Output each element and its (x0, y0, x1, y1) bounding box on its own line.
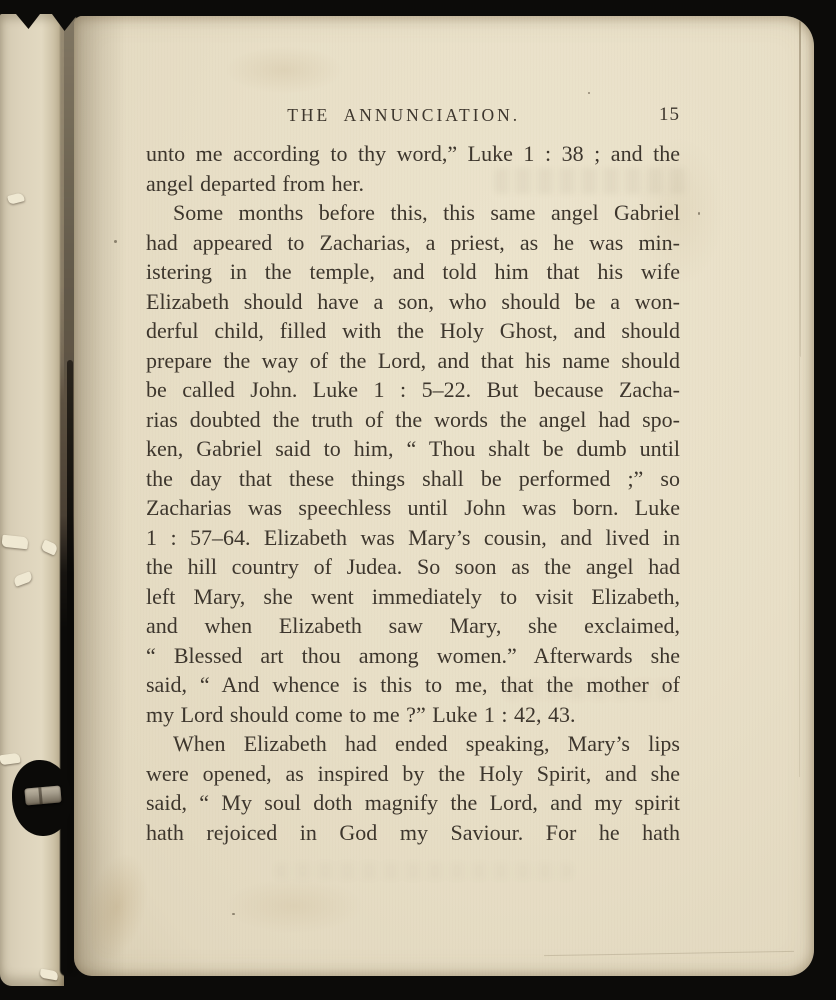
text-line: said, “ My soul doth magnify the Lord, a… (146, 788, 680, 818)
text-line: Elizabeth should have a son, who should … (146, 287, 680, 317)
text-line: “ Blessed art thou among women.” Afterwa… (146, 641, 680, 671)
text-line: the hill country of Judea. So soon as th… (146, 552, 680, 582)
paper-stain (224, 878, 364, 934)
text-line: rias doubted the truth of the words the … (146, 405, 680, 435)
text-line: Zacharias was speechless until John was … (146, 493, 680, 523)
text-line: had appeared to Zacharias, a priest, as … (146, 228, 680, 258)
text-line: 1 : 57–64. Elizabeth was Mary’s cousin, … (146, 523, 680, 553)
paper-tear (7, 192, 25, 205)
running-header: THE ANNUNCIATION. 15 (146, 105, 680, 127)
paper-tear (13, 571, 33, 587)
previous-page-stub (0, 14, 64, 986)
chapter-title: THE ANNUNCIATION. (287, 105, 520, 126)
text-line: When Elizabeth had ended speaking, Mary’… (146, 729, 680, 759)
gutter-shading (74, 16, 126, 976)
page-edge-crease (799, 357, 800, 777)
paper-speck (232, 913, 235, 915)
paper-tear (0, 753, 21, 766)
text-line: istering in the temple, and told him tha… (146, 257, 680, 287)
book-page: THE ANNUNCIATION. 15 unto me according t… (74, 16, 814, 976)
text-line: were opened, as inspired by the Holy Spi… (146, 759, 680, 789)
paper-speck (698, 212, 700, 215)
text-line: unto me according to thy word,” Luke 1 :… (146, 139, 680, 169)
paper-speck (588, 92, 590, 94)
text-line: left Mary, she went immediately to visit… (146, 582, 680, 612)
text-line: angel departed from her. (146, 169, 680, 199)
page-number: 15 (659, 104, 680, 126)
show-through-smudge (274, 862, 574, 880)
text-line: derful child, filled with the Holy Ghost… (146, 316, 680, 346)
text-line: hath rejoiced in God my Saviour. For he … (146, 818, 680, 848)
text-line: my Lord should come to me ?” Luke 1 : 42… (146, 700, 680, 730)
paper-tear (1, 535, 28, 550)
scan-canvas: { "scan": { "running_header": { "title":… (0, 0, 836, 1000)
text-line: prepare the way of the Lord, and that hi… (146, 346, 680, 376)
paper-speck (114, 240, 117, 243)
text-line: the day that these things shall be perfo… (146, 464, 680, 494)
text-line: Some months before this, this same angel… (146, 198, 680, 228)
staple (24, 785, 61, 805)
paper-tear (40, 539, 58, 555)
gutter-crack-core (67, 360, 73, 974)
text-line: said, “ And whence is this to me, that t… (146, 670, 680, 700)
paper-tear (39, 969, 58, 981)
text-line: ken, Gabriel said to him, “ Thou shalt b… (146, 434, 680, 464)
text-line: be called John. Luke 1 : 5–22. But becau… (146, 375, 680, 405)
paper-stain (224, 46, 344, 94)
page-bottom-crease (544, 951, 794, 956)
text-line: and when Elizabeth saw Mary, she exclaim… (146, 611, 680, 641)
page-edge-crease (799, 21, 801, 357)
body-text: unto me according to thy word,” Luke 1 :… (146, 139, 680, 847)
